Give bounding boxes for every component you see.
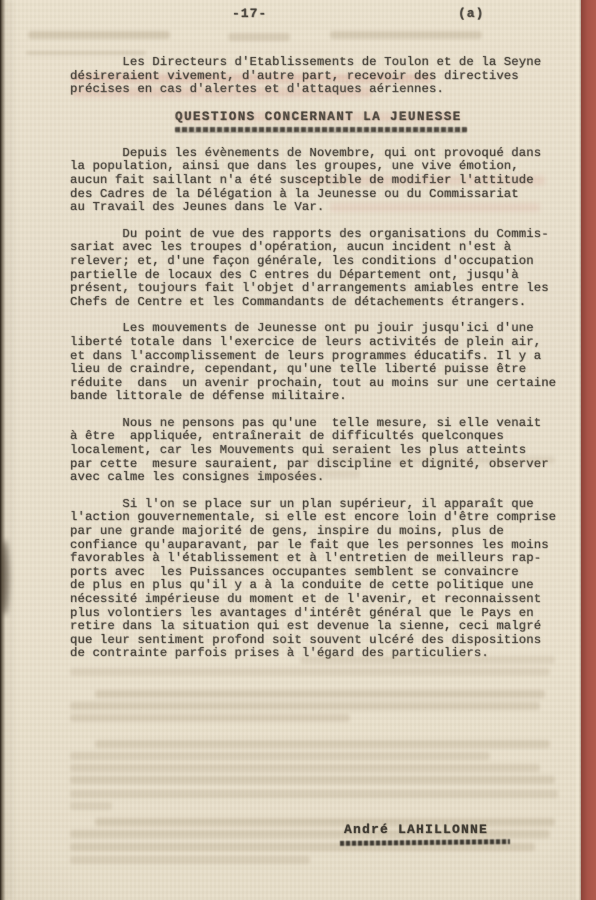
heading-underline — [175, 127, 467, 132]
ghost-bleedthrough-line — [70, 802, 112, 810]
paragraph: Depuis les évènements de Novembre, qui o… — [70, 147, 575, 215]
ghost-bleedthrough-line — [330, 31, 482, 39]
paragraph: Les mouvements de Jeunesse ont pu jouir … — [70, 322, 575, 404]
signature-block: André LAHILLONNE — [344, 822, 510, 845]
signature-name: André LAHILLONNE — [344, 822, 510, 837]
ghost-bleedthrough-line — [70, 856, 310, 864]
corner-annotation: (a) — [458, 6, 484, 21]
ghost-bleedthrough-line — [228, 33, 290, 41]
ghost-bleedthrough-line — [70, 776, 555, 784]
ghost-bleedthrough-line — [70, 714, 350, 722]
signature-underline — [340, 839, 510, 846]
ghost-bleedthrough-line — [95, 690, 545, 698]
left-page-edge — [0, 0, 6, 900]
page-number: -17- — [232, 6, 267, 21]
ghost-bleedthrough-line — [70, 702, 540, 710]
ghost-bleedthrough-line — [70, 764, 540, 772]
paragraph: Nous ne pensons pas qu'une telle mesure,… — [70, 417, 575, 485]
ghost-bleedthrough-line — [70, 752, 490, 760]
paragraph: Les Directeurs d'Etablissements de Toulo… — [70, 56, 575, 97]
document-body: Les Directeurs d'Etablissements de Toulo… — [70, 56, 575, 674]
scanned-document-page: -17- (a) Les Directeurs d'Etablissements… — [0, 0, 596, 900]
binding-edge — [581, 0, 596, 900]
section-heading-block: QUESTIONS CONCERNANT LA JEUNESSE — [175, 110, 475, 132]
left-crease-shadow — [7, 0, 15, 900]
paragraph: Si l'on se place sur un plan supérieur, … — [70, 498, 575, 661]
section-heading: QUESTIONS CONCERNANT LA JEUNESSE — [175, 110, 475, 124]
ghost-bleedthrough-line — [70, 790, 558, 798]
ghost-bleedthrough-line — [95, 740, 550, 748]
paragraph: Du point de vue des rapports des organis… — [70, 228, 575, 310]
ghost-bleedthrough-line — [28, 31, 170, 39]
